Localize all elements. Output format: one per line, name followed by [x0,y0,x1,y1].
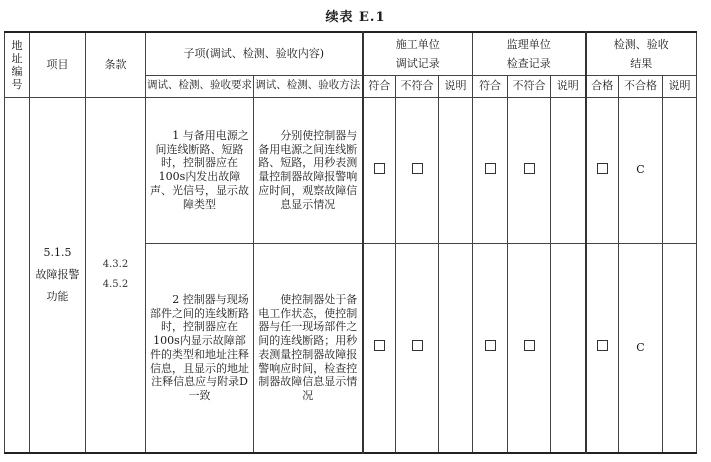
header-clause: 条款 [86,32,146,97]
result-unqualified-mark[interactable]: C [619,97,663,243]
address-no-cell [5,97,30,453]
clause-ref: 4.5.2 [86,275,145,295]
supervision-conform-checkbox[interactable] [473,97,508,243]
header-construction-group: 施工单位 调试记录 [363,32,473,75]
checkbox-icon[interactable] [412,163,423,174]
construction-note-cell[interactable] [439,97,473,243]
project-cell: 5.1.5 故障报警 功能 [30,97,86,453]
checkbox-icon[interactable] [374,340,385,351]
method-cell: 使控制器处于备电工作状态，使控制器与任一现场部件之间的连线断路；用秒表测量控制器… [254,243,363,453]
method-cell: 分别使控制器与备用电源之间连线断路、短路，用秒表测量控制器故障报警响应时间，观察… [254,97,363,243]
header-result-group: 检测、验收 结果 [586,32,697,75]
result-unqualified-mark[interactable]: C [619,243,663,453]
supervision-nonconform-checkbox[interactable] [508,97,551,243]
construction-conform-checkbox[interactable] [363,243,396,453]
header-method: 调试、检测、验收方法 [254,75,363,97]
supervision-conform-checkbox[interactable] [473,243,508,453]
header-result-qualified: 合格 [586,75,619,97]
supervision-nonconform-checkbox[interactable] [508,243,551,453]
checkbox-icon[interactable] [597,163,608,174]
requirement-cell: 1 与备用电源之间连线断路、短路时，控制器应在100s内发出故障声、光信号，显示… [146,97,254,243]
construction-conform-checkbox[interactable] [363,97,396,243]
clause-ref: 4.3.2 [86,255,145,275]
header-construction-note: 说明 [439,75,473,97]
checkbox-icon[interactable] [524,340,535,351]
header-supervision-nonconform: 不符合 [508,75,551,97]
table-title: 续表 E.1 [0,6,711,25]
unqualified-mark-glyph: C [636,163,644,176]
header-requirement: 调试、检测、验收要求 [146,75,254,97]
header-result-note: 说明 [663,75,697,97]
header-construction-conform: 符合 [363,75,396,97]
header-row-1: 地址编号 项目 条款 子项(调试、检测、验收内容) 施工单位 调试记录 监理单位… [5,32,697,75]
project-name-cont: 功能 [30,286,85,308]
header-supervision-conform: 符合 [473,75,508,97]
header-result-unqualified: 不合格 [619,75,663,97]
header-sub-item: 子项(调试、检测、验收内容) [146,32,363,75]
header-supervision-note: 说明 [551,75,586,97]
construction-note-cell[interactable] [439,243,473,453]
header-address-no: 地址编号 [5,32,30,97]
header-project: 项目 [30,32,86,97]
checkbox-icon[interactable] [485,163,496,174]
supervision-note-cell[interactable] [551,97,586,243]
table-row: 5.1.5 故障报警 功能 4.3.2 4.5.2 1 与备用电源之间连线断路、… [5,97,697,243]
unqualified-mark-glyph: C [636,341,644,354]
checkbox-icon[interactable] [485,340,496,351]
project-code: 5.1.5 [30,242,85,264]
result-note-cell[interactable] [663,243,697,453]
requirement-cell: 2 控制器与现场部件之间的连线断路时，控制器应在100s内显示故障部件的类型和地… [146,243,254,453]
checkbox-icon[interactable] [597,340,608,351]
header-construction-nonconform: 不符合 [396,75,439,97]
checkbox-icon[interactable] [524,163,535,174]
construction-nonconform-checkbox[interactable] [396,97,439,243]
construction-nonconform-checkbox[interactable] [396,243,439,453]
project-name: 故障报警 [30,264,85,286]
result-qualified-checkbox[interactable] [586,243,619,453]
checkbox-icon[interactable] [412,340,423,351]
result-qualified-checkbox[interactable] [586,97,619,243]
supervision-note-cell[interactable] [551,243,586,453]
result-note-cell[interactable] [663,97,697,243]
header-supervision-group: 监理单位 检查记录 [473,32,586,75]
checkbox-icon[interactable] [374,163,385,174]
inspection-table: 地址编号 项目 条款 子项(调试、检测、验收内容) 施工单位 调试记录 监理单位… [4,31,697,454]
clause-cell: 4.3.2 4.5.2 [86,97,146,453]
